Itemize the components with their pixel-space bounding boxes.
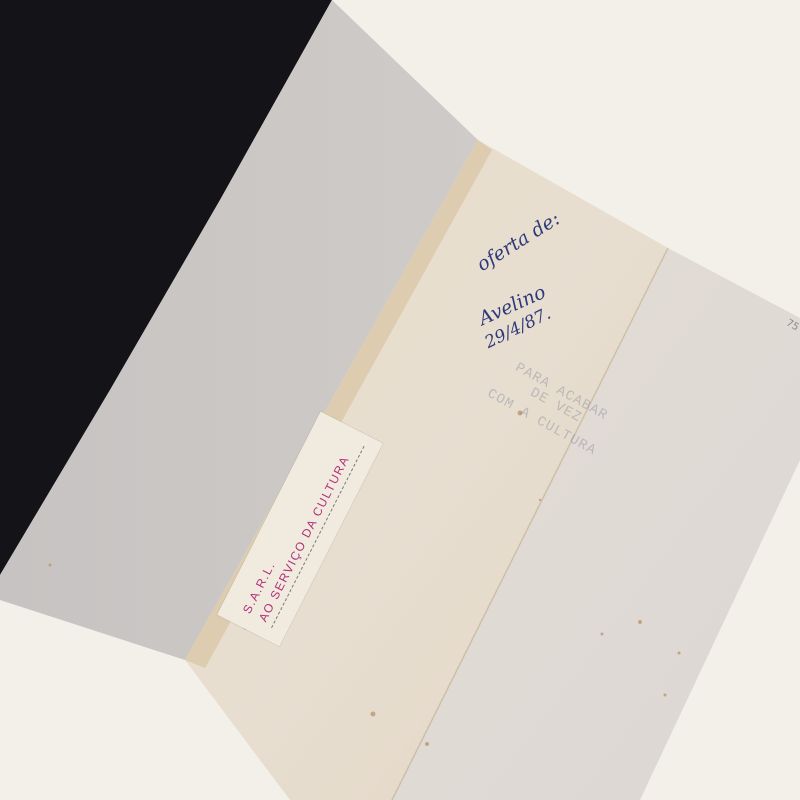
book-shapes <box>0 0 800 800</box>
book-photo: oferta de: Avelino 29/4/87. PARA ACABAR … <box>0 0 800 800</box>
